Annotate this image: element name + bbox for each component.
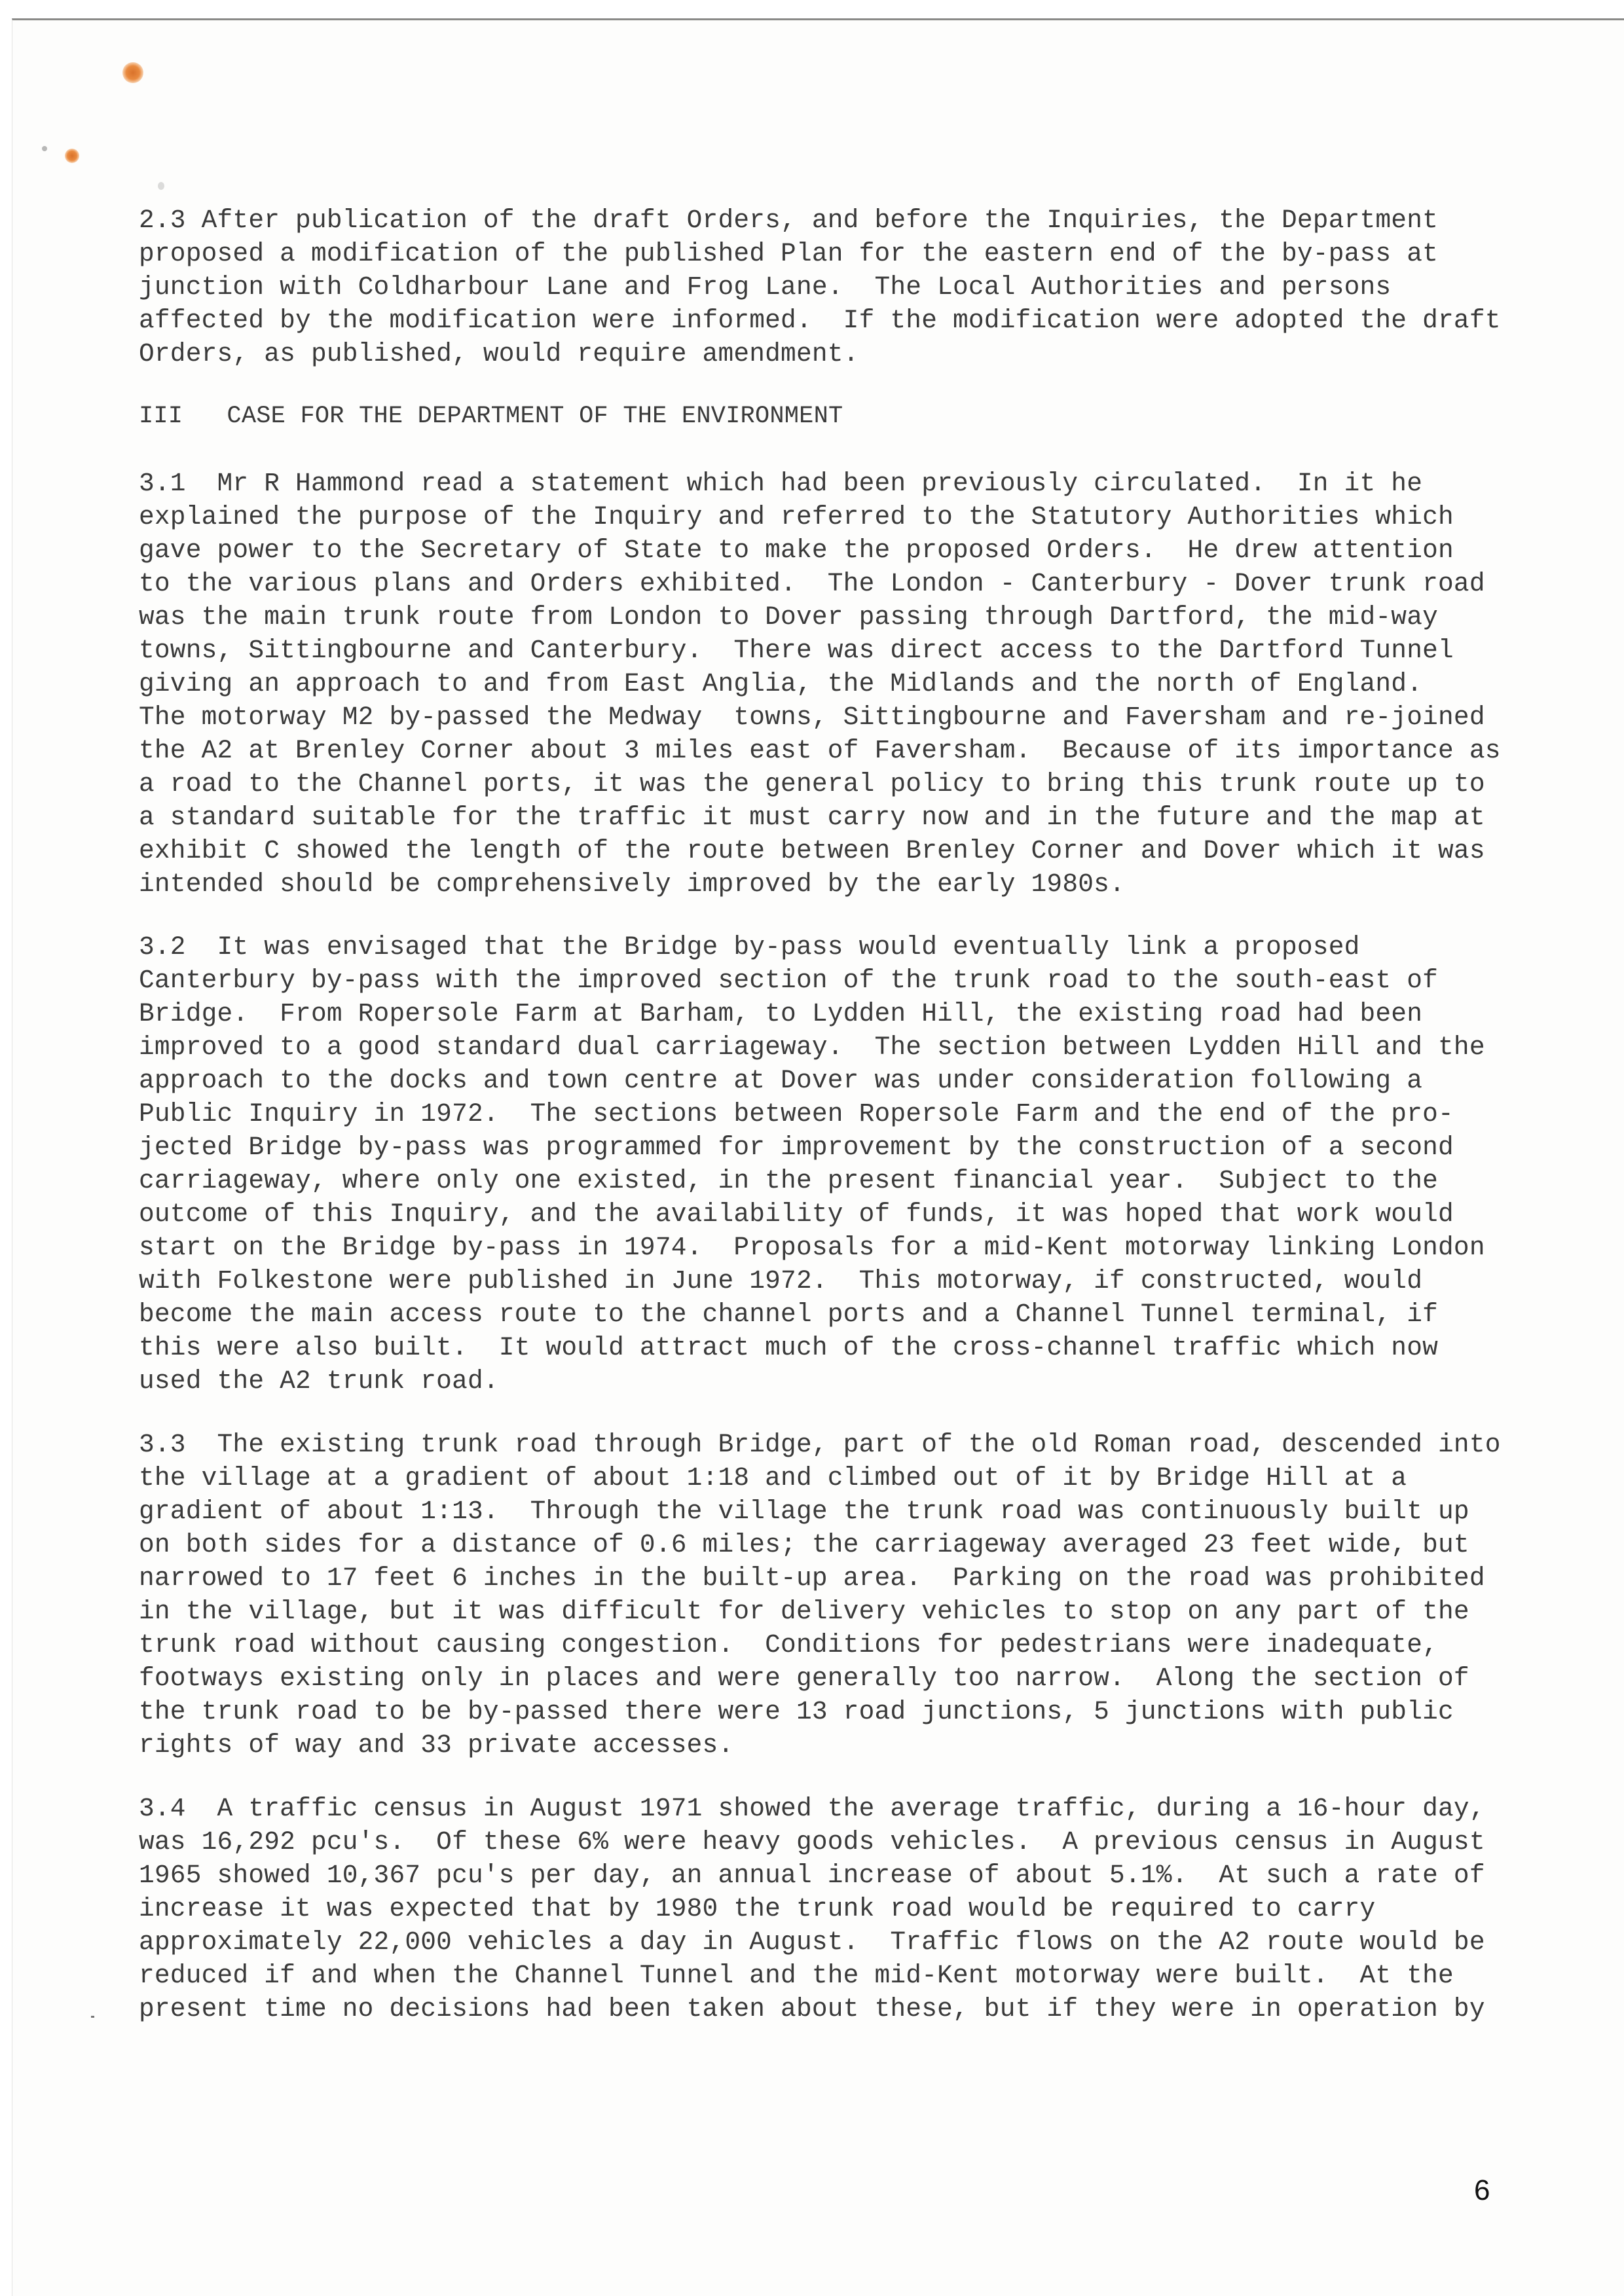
- text-line: rights of way and 33 private accesses.: [139, 1728, 1579, 1762]
- text-line: increase it was expected that by 1980 th…: [139, 1892, 1579, 1925]
- text-line: exhibit C showed the length of the route…: [139, 834, 1579, 867]
- document-page: 2.3 After publication of the draft Order…: [12, 18, 1624, 2296]
- scan-speck: [42, 146, 47, 151]
- text-line: become the main access route to the chan…: [139, 1298, 1579, 1331]
- text-line: outcome of this Inquiry, and the availab…: [139, 1197, 1579, 1231]
- text-line: this were also built. It would attract m…: [139, 1331, 1579, 1364]
- section-heading: III CASE FOR THE DEPARTMENT OF THE ENVIR…: [139, 400, 843, 433]
- text-line: with Folkestone were published in June 1…: [139, 1264, 1579, 1298]
- text-line: 3.2 It was envisaged that the Bridge by-…: [139, 930, 1579, 964]
- rust-stain-mark: [122, 62, 143, 83]
- text-line: was the main trunk route from London to …: [139, 600, 1579, 634]
- text-line: present time no decisions had been taken…: [139, 1992, 1579, 2026]
- text-line: the village at a gradient of about 1:18 …: [139, 1461, 1579, 1495]
- paragraph-3-1: 3.1 Mr R Hammond read a statement which …: [139, 467, 1579, 901]
- text-line: in the village, but it was difficult for…: [139, 1595, 1579, 1628]
- text-line: the trunk road to be by-passed there wer…: [139, 1695, 1579, 1728]
- text-line: Bridge. From Ropersole Farm at Barham, t…: [139, 997, 1579, 1030]
- rust-stain-mark: [65, 149, 79, 163]
- text-line: improved to a good standard dual carriag…: [139, 1030, 1579, 1064]
- text-line: proposed a modification of the published…: [139, 237, 1579, 270]
- text-line: giving an approach to and from East Angl…: [139, 667, 1579, 701]
- text-line: footways existing only in places and wer…: [139, 1662, 1579, 1695]
- text-line: 3.1 Mr R Hammond read a statement which …: [139, 467, 1579, 500]
- text-line: 1965 showed 10,367 pcu's per day, an ann…: [139, 1859, 1579, 1892]
- text-line: affected by the modification were inform…: [139, 304, 1579, 337]
- text-line: Public Inquiry in 1972. The sections bet…: [139, 1097, 1579, 1131]
- text-line: Orders, as published, would require amen…: [139, 337, 1579, 371]
- text-line: carriageway, where only one existed, in …: [139, 1164, 1579, 1197]
- text-line: a road to the Channel ports, it was the …: [139, 767, 1579, 801]
- text-line: gradient of about 1:13. Through the vill…: [139, 1495, 1579, 1528]
- margin-mark: [91, 2016, 94, 2018]
- text-line: Canterbury by-pass with the improved sec…: [139, 964, 1579, 997]
- text-line: 3.3 The existing trunk road through Brid…: [139, 1428, 1579, 1461]
- text-line: jected Bridge by-pass was programmed for…: [139, 1131, 1579, 1164]
- scan-speck: [158, 182, 164, 190]
- text-line: 2.3 After publication of the draft Order…: [139, 204, 1579, 237]
- text-line: trunk road without causing congestion. C…: [139, 1628, 1579, 1662]
- page-number: 6: [1474, 2174, 1490, 2207]
- text-line: a standard suitable for the traffic it m…: [139, 801, 1579, 834]
- paragraph-3-4: 3.4 A traffic census in August 1971 show…: [139, 1792, 1579, 2026]
- text-line: The motorway M2 by-passed the Medway tow…: [139, 701, 1579, 734]
- text-line: towns, Sittingbourne and Canterbury. The…: [139, 634, 1579, 667]
- text-line: junction with Coldharbour Lane and Frog …: [139, 270, 1579, 304]
- text-line: intended should be comprehensively impro…: [139, 867, 1579, 901]
- text-line: start on the Bridge by-pass in 1974. Pro…: [139, 1231, 1579, 1264]
- paragraph-2-3: 2.3 After publication of the draft Order…: [139, 204, 1579, 371]
- text-line: used the A2 trunk road.: [139, 1364, 1579, 1398]
- text-line: gave power to the Secretary of State to …: [139, 534, 1579, 567]
- text-line: the A2 at Brenley Corner about 3 miles e…: [139, 734, 1579, 767]
- paragraph-3-3: 3.3 The existing trunk road through Brid…: [139, 1428, 1579, 1762]
- text-line: reduced if and when the Channel Tunnel a…: [139, 1959, 1579, 1992]
- text-line: on both sides for a distance of 0.6 mile…: [139, 1528, 1579, 1561]
- paragraph-3-2: 3.2 It was envisaged that the Bridge by-…: [139, 930, 1579, 1398]
- text-line: approach to the docks and town centre at…: [139, 1064, 1579, 1097]
- text-line: approximately 22,000 vehicles a day in A…: [139, 1925, 1579, 1959]
- text-line: 3.4 A traffic census in August 1971 show…: [139, 1792, 1579, 1825]
- text-line: narrowed to 17 feet 6 inches in the buil…: [139, 1561, 1579, 1595]
- text-line: was 16,292 pcu's. Of these 6% were heavy…: [139, 1825, 1579, 1859]
- text-line: explained the purpose of the Inquiry and…: [139, 500, 1579, 534]
- text-line: to the various plans and Orders exhibite…: [139, 567, 1579, 600]
